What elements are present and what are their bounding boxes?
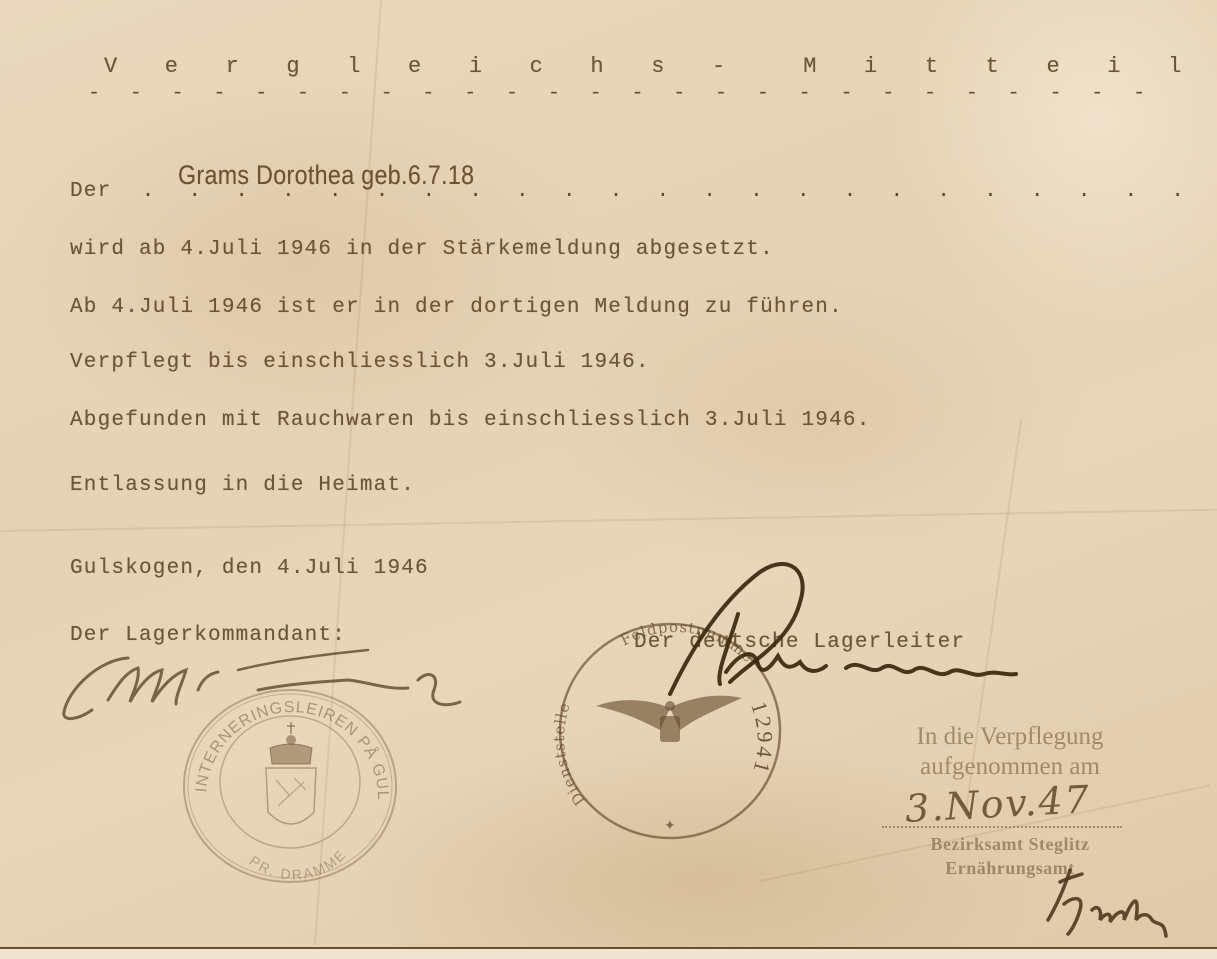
- paper-crease: [0, 509, 1217, 532]
- body-line-discharge: wird ab 4.Juli 1946 in der Stärkemeldung…: [70, 238, 774, 261]
- camp-leader-signature-icon: [650, 552, 1030, 702]
- scan-margin: [0, 949, 1217, 959]
- dotted-fill-line: . . . . . . . . . . . . . . . . . . . . …: [142, 180, 1217, 203]
- svg-text:12941: 12941: [746, 698, 778, 778]
- rations-stamp-line1: In die Verpflegung: [880, 722, 1140, 752]
- rations-stamp-line3: Bezirksamt Steglitz: [880, 832, 1140, 856]
- body-line-rations: Verpflegt bis einschliesslich 3.Juli 194…: [70, 351, 650, 374]
- body-line-tobacco: Abgefunden mit Rauchwaren bis einschlies…: [70, 409, 871, 432]
- svg-text:✦: ✦: [664, 818, 676, 834]
- rations-stamp-line2: aufgenommen am: [880, 752, 1140, 782]
- title-underline: - - - - - - - - - - - - - - - - - - - - …: [88, 82, 1154, 105]
- rations-official-signature-icon: [1040, 860, 1180, 950]
- svg-text:Dienststelle: Dienststelle: [552, 700, 589, 809]
- commandant-signature-icon: [48, 640, 478, 730]
- document-title: V e r g l e i c h s - M i t t e i l u n …: [104, 54, 1217, 79]
- place-date: Gulskogen, den 4.Juli 1946: [70, 557, 429, 580]
- body-line-transfer: Ab 4.Juli 1946 ist er in der dortigen Me…: [70, 296, 843, 319]
- salutation: Der: [70, 180, 111, 203]
- body-line-release: Entlassung in die Heimat.: [70, 474, 415, 497]
